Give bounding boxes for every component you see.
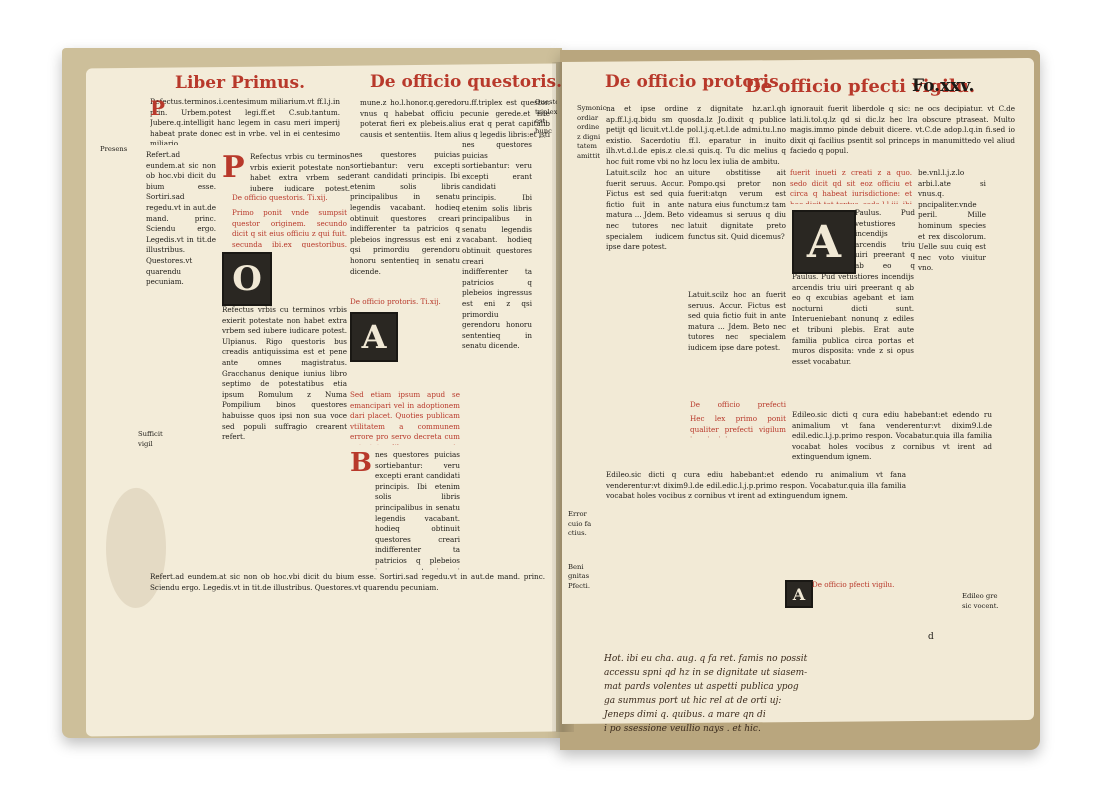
left-third-column: nes questores puicias sortiebantur: veru… xyxy=(462,140,532,570)
folio-number: Fo.xxv. xyxy=(912,76,974,96)
right-main-text-column: uiture obstitisse ait Pompo.qsi pretor n… xyxy=(688,168,786,288)
open-book-photo: Liber Primus. De officio questoris. Refe… xyxy=(0,0,1110,800)
woodcut-initial-a: A xyxy=(350,312,398,362)
left-main-text-column: Refectus vrbis cu terminos vrbis exierit… xyxy=(222,305,347,570)
right-vigilum-main-text: Paulus. Pud vetustiores incendijs arcend… xyxy=(792,272,914,407)
title-heading-questoris: De officio questoris. Ti.xij. xyxy=(232,193,347,205)
rubric-questoris: Primo ponit vnde sumpsit questor origine… xyxy=(232,208,347,248)
left-main-text-start: Refectus vrbis cu terminos vrbis exierit… xyxy=(250,152,350,192)
woodcut-initial-a-large: A xyxy=(792,210,856,274)
red-initial-b: B xyxy=(350,448,372,478)
left-outer-margin: Presens xyxy=(100,145,142,445)
running-header-questoris: De officio questoris. xyxy=(370,72,562,92)
handwritten-marginalia: Hot. ibi eu cha. aug. q fa ret. famis no… xyxy=(604,652,864,736)
left-narrow-gloss-column: Refert.ad eundem.at sic non ob hoc.vbi d… xyxy=(146,150,216,570)
title-heading-pretoris: De officio protoris. Ti.xij. xyxy=(350,297,460,309)
signature-mark: d xyxy=(928,632,934,642)
right-narrow-gloss-column: Latuit.scilz hoc an fuerit seruus. Accur… xyxy=(606,168,684,468)
right-outer-gloss-column: be.vnl.l.j.z.lo arbi.l.ate si vnus.q. pn… xyxy=(918,168,986,408)
red-initial-p: P xyxy=(150,96,165,120)
right-inner-margin-notes: Symonice ordiar ordine z digni tatem ami… xyxy=(577,104,607,161)
right-lower-margin-notes: Error cuio fa ctius. Beni gnitas Pfecti. xyxy=(568,510,602,591)
right-margin-edile-note: Edileo gre sic vocent. xyxy=(962,592,1000,611)
left-gloss-top-right: mune.z ho.l.honor.q.geredoru.ff.triplex … xyxy=(360,98,550,140)
section-heading-vigilum: De officio pfecti vigilu. xyxy=(812,580,962,592)
red-initial-p-large: P xyxy=(222,150,245,185)
left-second-column-lower: nes questores puicias sortiebantur: veru… xyxy=(375,450,460,570)
right-main-text-lower: Latuit.scilz hoc an fuerit seruus. Accur… xyxy=(688,290,786,400)
right-gloss-top-left: na et ipse ordine z dignitate hz.ar.l.qh… xyxy=(606,104,786,166)
rubric-red-vigilum: fuerit inueti z creati z a quo. sedo dic… xyxy=(790,168,912,204)
right-lower-gloss-right: Edileo.sic dicti q cura ediu habebant:et… xyxy=(792,410,992,580)
rubric-pretoris: Sed etiam ipsum apud se emancipari vel i… xyxy=(350,390,460,445)
title-heading-vigilum: De officio prefecti vigilum. Titu.xiij. xyxy=(690,400,786,412)
woodcut-initial-o: O xyxy=(222,252,272,306)
woodcut-initial-small: A xyxy=(785,580,813,608)
right-paulus-text: Paulus. Pud vetustiores incendijs arcend… xyxy=(855,208,915,270)
left-gloss-top: Refectus.terminos.i.centesimum miliarium… xyxy=(150,97,340,145)
running-header-liber-primus: Liber Primus. xyxy=(175,73,305,93)
left-bottom-gloss: Refert.ad eundem.at sic non ob hoc.vbi d… xyxy=(150,572,545,702)
left-second-column: nes questores puicias sortiebantur: veru… xyxy=(350,150,460,295)
rubric-vigilum: Hec lex primo ponit qualiter prefecti vi… xyxy=(690,414,786,438)
right-gloss-top-right: ignorauit fuerit liberdole q sic: ne ocs… xyxy=(790,104,1015,166)
